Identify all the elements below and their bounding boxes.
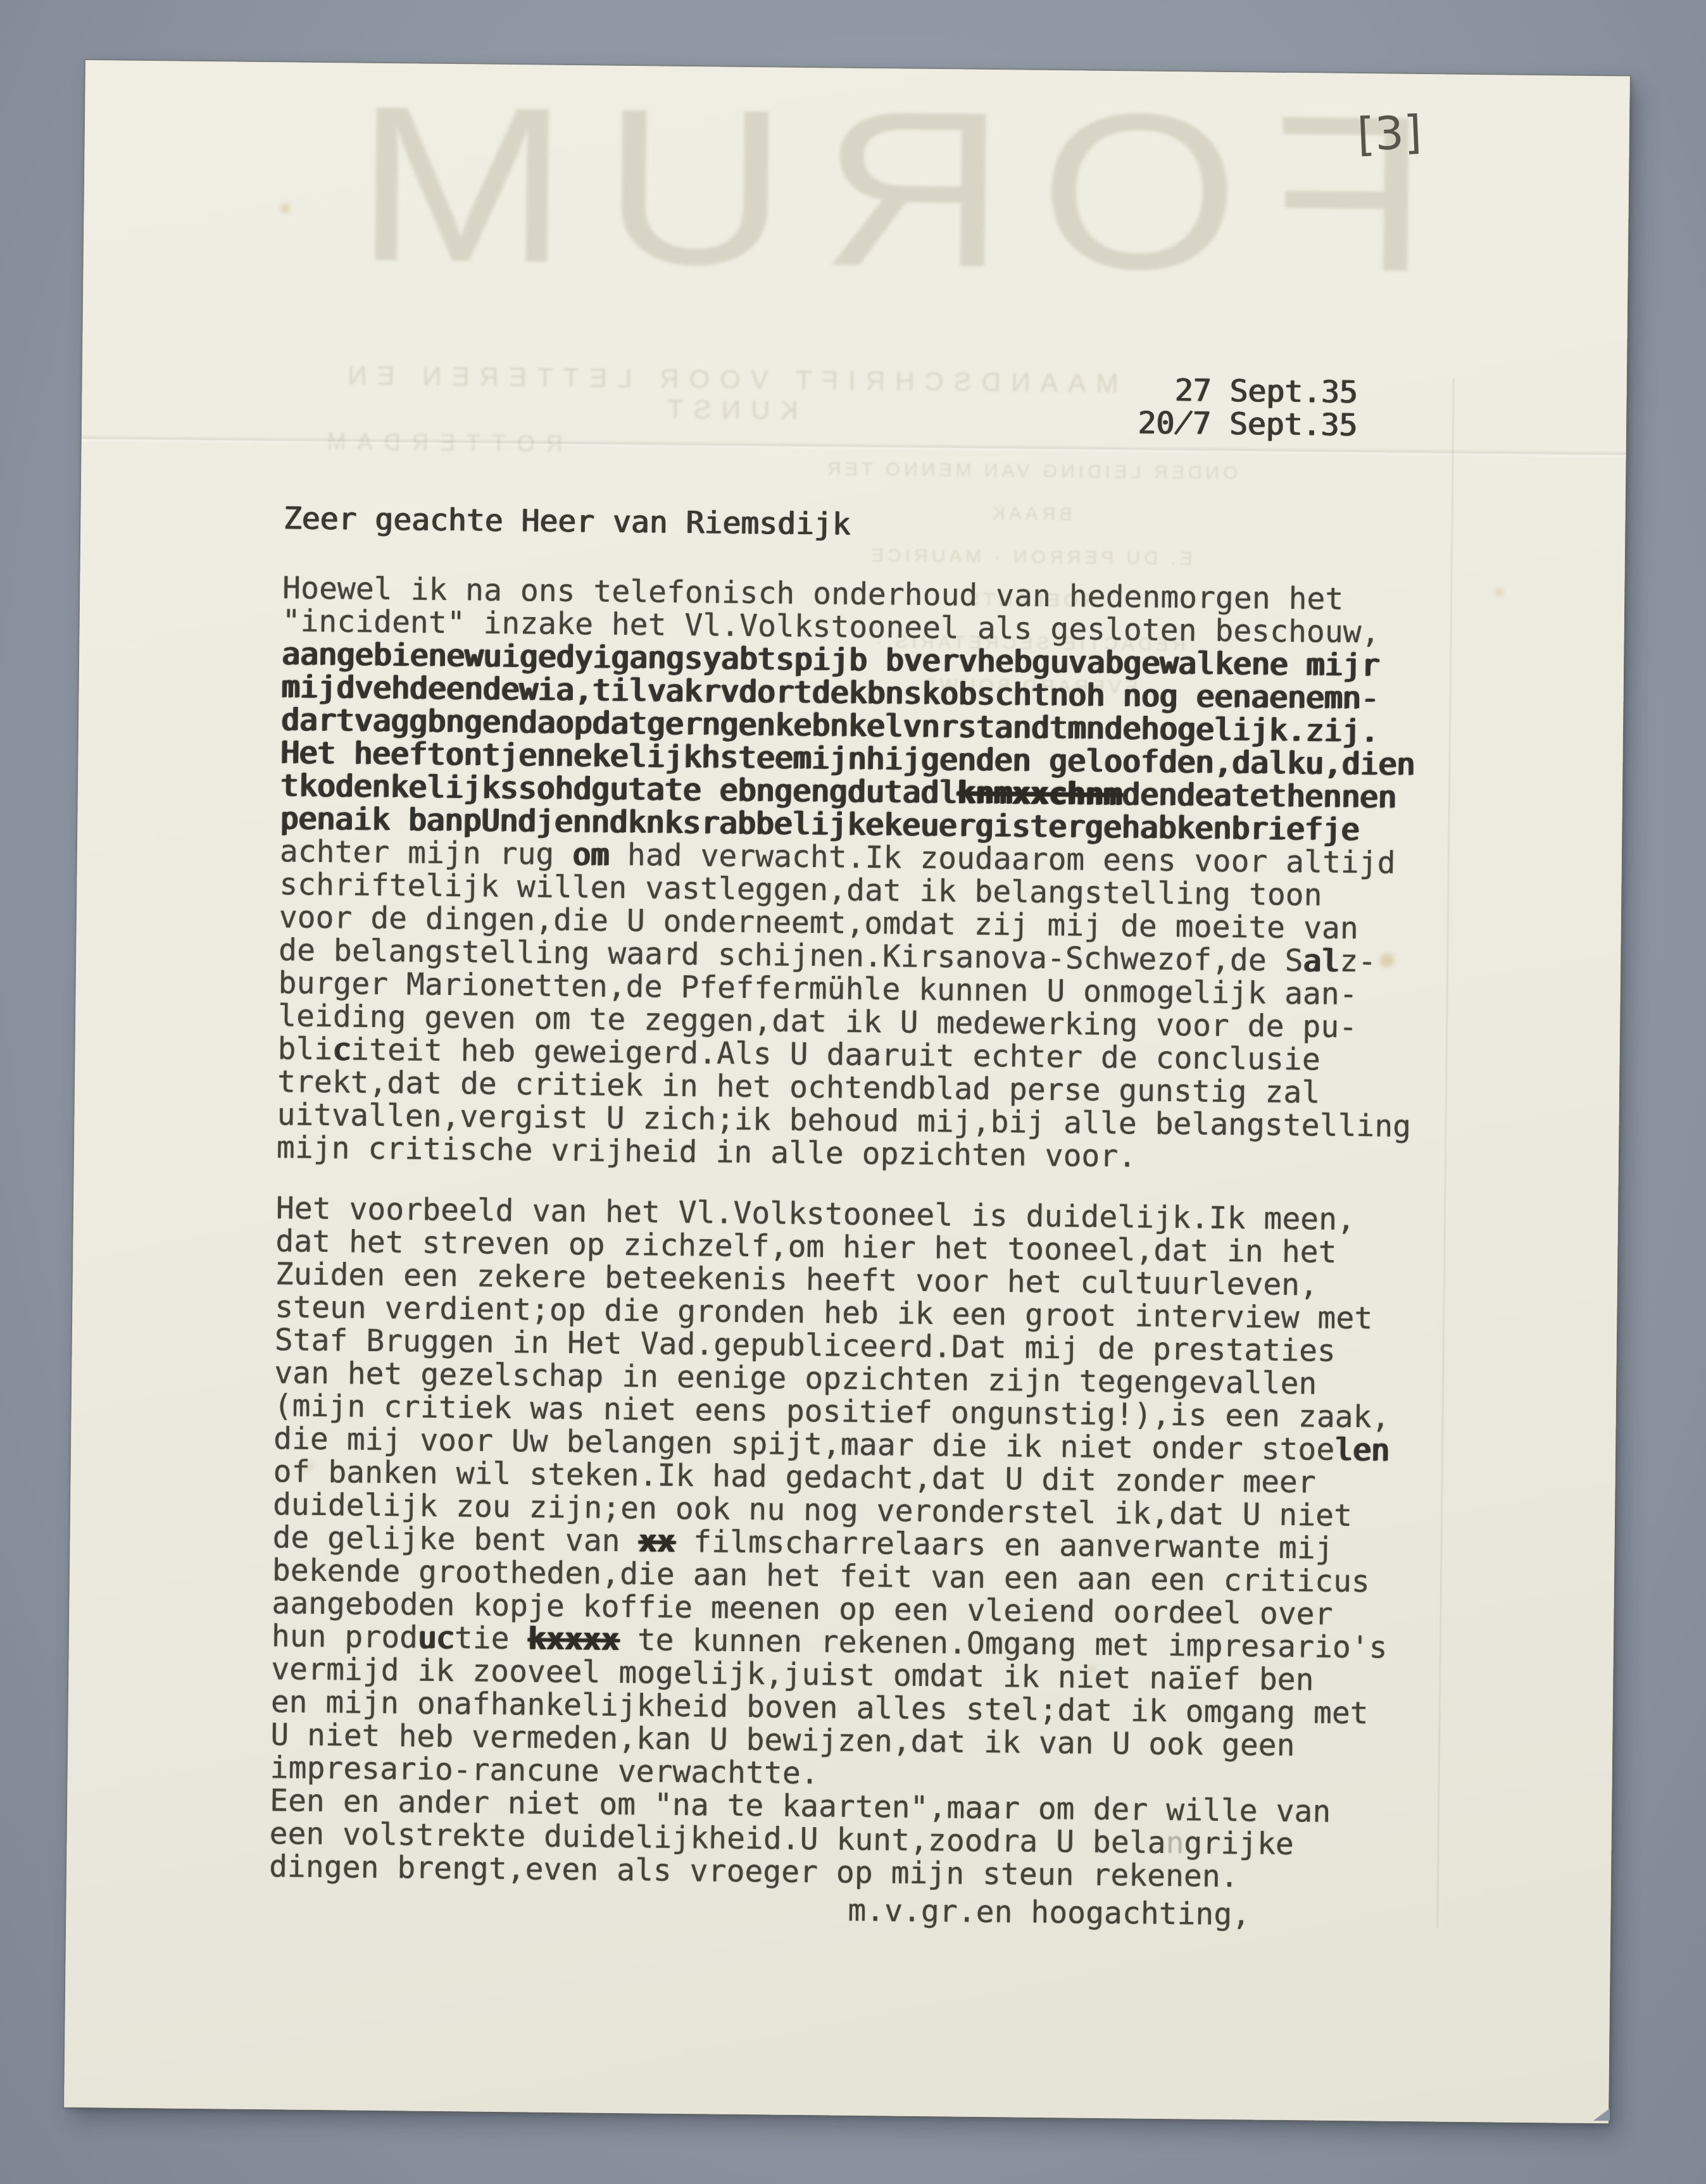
closing-text: m.v.gr.en hoogachting,: [848, 1894, 1250, 1931]
text-segment: c: [332, 1032, 351, 1067]
text-segment: hun prod: [272, 1618, 418, 1655]
letter-paragraphs: Hoewel ik na ons telefonisch onderhoud v…: [269, 571, 1511, 1895]
text-segment: uc: [418, 1620, 455, 1656]
letterhead-watermark-title: FORUM: [250, 56, 1501, 323]
salutation: Zeer geachte Heer van Riemsdijk: [283, 502, 1511, 547]
stain: [1380, 953, 1394, 967]
stain: [280, 203, 290, 213]
closing-valediction: m.v.gr.en hoogachting,: [848, 1894, 1250, 1931]
text-segment: bli: [277, 1031, 332, 1067]
text-segment: achter mijn rug: [280, 833, 573, 872]
text-segment: grijke: [1184, 1825, 1294, 1862]
letterhead-watermark-subtitle: MAANDSCHRIFT VOOR LETTEREN EN KUNST: [322, 360, 1133, 429]
typed-date-line-1: 27 Sept.35: [1138, 373, 1357, 409]
text-segment: dendeatethennen: [1122, 777, 1396, 815]
text-segment: n: [1165, 1825, 1184, 1861]
letter-sheet: FORUM MAANDSCHRIFT VOOR LETTEREN EN KUNS…: [64, 60, 1630, 2123]
text-segment: xx: [638, 1523, 675, 1559]
letter-paragraph: Hoewel ik na ons telefonisch onderhoud v…: [277, 571, 1511, 1176]
text-segment: len: [1334, 1432, 1389, 1468]
fold-crease: [82, 435, 1626, 459]
text-segment: kxxxx: [527, 1621, 619, 1657]
typed-date-line-2: 20̸7 Sept.35: [1138, 406, 1357, 442]
letter-paragraph: Het voorbeeld van het Vl.Volkstooneel is…: [269, 1192, 1504, 1895]
date-block: 27 Sept.35 20̸7 Sept.35: [1138, 373, 1358, 442]
stain: [1088, 1666, 1095, 1673]
letter-body: Zeer geachte Heer van Riemsdijk Hoewel i…: [268, 502, 1511, 1923]
text-segment: knmxxchnm: [957, 775, 1122, 812]
corner-chip: [1593, 2108, 1610, 2121]
text-segment: tie: [455, 1620, 528, 1656]
stain: [1495, 587, 1503, 596]
page-number-annotation: [3]: [1356, 105, 1422, 161]
text-segment: z-: [1339, 944, 1376, 980]
text-segment: al: [1303, 943, 1339, 979]
text-segment: om: [572, 837, 609, 873]
stain: [302, 1461, 313, 1473]
photo-backdrop: FORUM MAANDSCHRIFT VOOR LETTEREN EN KUNS…: [0, 0, 1706, 2184]
